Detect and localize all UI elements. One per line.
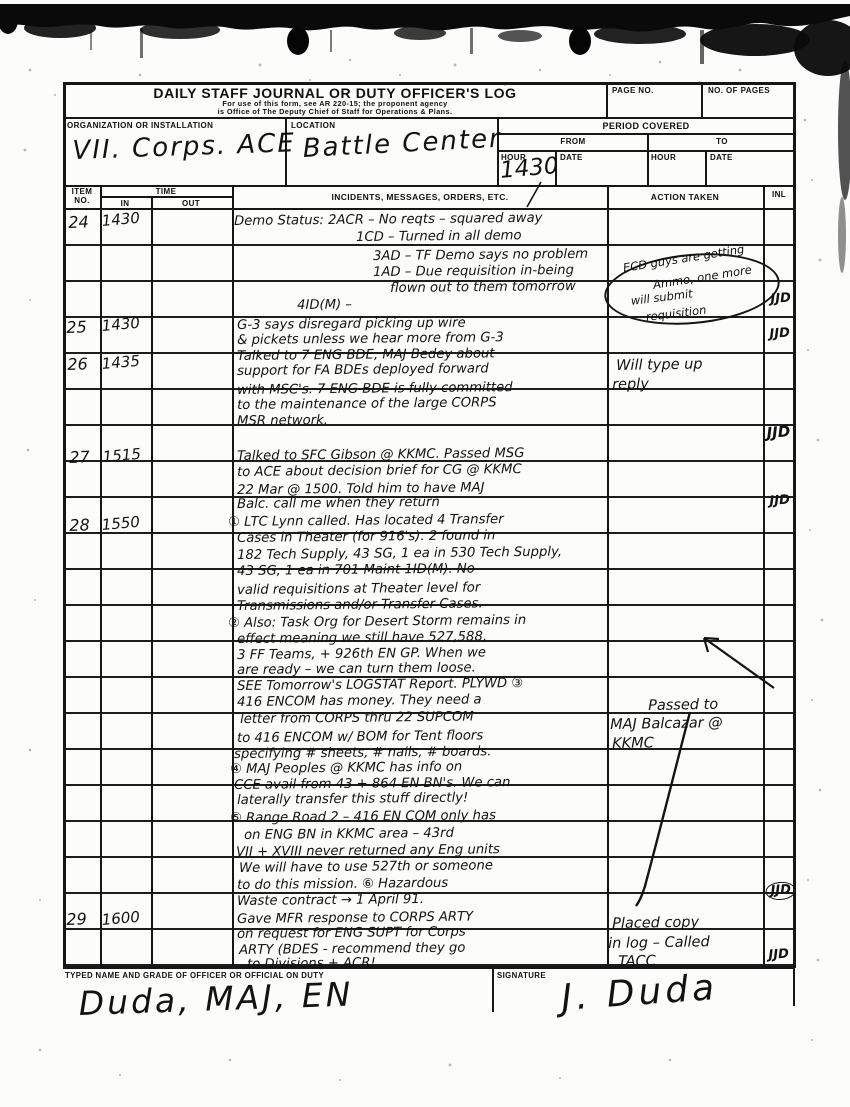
to-label: TO: [716, 137, 728, 146]
item-number: 25: [66, 317, 87, 337]
journal-line: on request for ENG SUPT for Corps: [237, 925, 466, 942]
item-number: 29: [66, 909, 87, 929]
action-line: TACC: [618, 953, 656, 970]
journal-line: to 416 ENCOM w/ BOM for Tent floors: [237, 728, 483, 746]
initials: JJD: [769, 326, 790, 342]
from-label: FROM: [560, 137, 585, 146]
col-out-label: OUT: [182, 199, 200, 208]
grid-line: [793, 968, 795, 1006]
grid-line: [497, 150, 795, 152]
date-label: DATE: [560, 153, 583, 162]
signature-value: J. Duda: [560, 967, 719, 1019]
action-line: in log – Called: [608, 934, 710, 952]
col-item-label: ITEM: [72, 187, 93, 196]
journal-line: 1AD – Due requisition in-being: [373, 263, 574, 280]
item-number: 28: [69, 515, 90, 535]
col-time-label: TIME: [156, 187, 177, 196]
journal-line: effect meaning we still have 527,588,: [237, 629, 487, 647]
action-line: KKMC: [612, 735, 654, 752]
journal-line: Talked to SFC Gibson @ KKMC. Passed MSG: [237, 446, 524, 464]
grid-line: [647, 133, 649, 187]
organization-label: ORGANIZATION OR INSTALLATION: [67, 121, 213, 130]
time-in: 1550: [101, 513, 141, 534]
grid-line: [606, 82, 608, 119]
grid-line: [232, 185, 234, 968]
hour-label: HOUR: [651, 153, 676, 162]
grid-line: [63, 117, 795, 119]
initials: JJD: [768, 947, 789, 963]
action-line: Will type up: [616, 356, 703, 374]
punch-hole: [287, 27, 309, 55]
journal-line: on ENG BN in KKMC area – 43rd: [244, 826, 454, 843]
time-in: 1515: [102, 445, 142, 466]
grid-line: [100, 185, 102, 968]
date-label: DATE: [710, 153, 733, 162]
time-in: 1430: [101, 314, 141, 335]
typed-name-value: Duda, MAJ, EN: [78, 974, 354, 1023]
grid-line: [151, 196, 153, 968]
journal-line: 1CD – Turned in all demo: [356, 228, 522, 245]
grid-line: [701, 82, 703, 119]
journal-line: letter from CORPS thru 22 SUPCOM: [240, 710, 474, 727]
action-line: MAJ Balcazar @: [610, 715, 723, 733]
grid-line: [63, 208, 795, 210]
initials: JJD: [770, 291, 791, 307]
time-in: 1600: [101, 908, 141, 929]
time-in: 1430: [101, 209, 141, 230]
action-line: reply: [612, 376, 649, 393]
journal-line: 4ID(M) –: [297, 297, 352, 313]
organization-value: VII. Corps. ACE: [72, 128, 296, 166]
journal-line: ④ MAJ Peoples @ KKMC has info on: [230, 760, 462, 777]
grid-line: [492, 968, 494, 1012]
col-in-label: IN: [121, 199, 130, 208]
initials: JJD: [766, 422, 791, 442]
journal-line: support for FA BDEs deployed forward: [237, 361, 489, 379]
journal-line: Waste contract → 1 April 91.: [237, 892, 424, 909]
grid-line: [793, 82, 796, 968]
journal-line: are ready – we can turn them loose.: [237, 661, 476, 678]
item-number: 24: [68, 212, 89, 232]
grid-line: [100, 196, 232, 198]
journal-line: Demo Status: 2ACR – No reqts – squared a…: [234, 211, 543, 229]
journal-line: 416 ENCOM has money. They need a: [237, 692, 482, 710]
journal-line: 43 SG, 1 ea in 701 Maint 1ID(M). No: [237, 562, 475, 579]
grid-line: [63, 82, 66, 968]
time-in: 1435: [101, 352, 141, 373]
action-line: Placed copy: [612, 914, 699, 932]
grid-line: [497, 133, 795, 135]
action-line: Passed to: [648, 697, 718, 714]
journal-line: to the maintenance of the large CORPS: [237, 395, 497, 413]
signature-label: SIGNATURE: [497, 971, 546, 980]
punch-hole: [569, 27, 591, 55]
journal-line: to Divisions + ACR!: [247, 956, 376, 972]
journal-line: valid requisitions at Theater level for: [237, 580, 480, 598]
journal-line: laterally transfer this stuff directly!: [237, 791, 468, 808]
item-number: 26: [67, 354, 88, 374]
journal-line: flown out to them tomorrow: [390, 279, 576, 296]
grid-line: [705, 150, 707, 187]
location-label: LOCATION: [291, 121, 335, 130]
scanned-form-page: DAILY STAFF JOURNAL OR DUTY OFFICER'S LO…: [0, 0, 850, 1107]
form-subtitle: is Office of The Deputy Chief of Staff f…: [218, 107, 453, 116]
journal-line: We will have to use 527th or someone: [239, 858, 493, 876]
journal-line: MSR network.: [237, 413, 328, 429]
journal-line: SEE Tomorrow's LOGSTAT Report. PLYWD ③: [237, 676, 523, 694]
page-no-label: PAGE NO.: [612, 86, 654, 95]
journal-line: Transmissions and/or Transfer Cases.: [237, 596, 483, 614]
col-item-label: NO.: [74, 196, 89, 205]
journal-line: Balc. call me when they return: [237, 495, 440, 512]
from-hour-value: 1430: [499, 153, 560, 184]
journal-line: Cases in Theater (for 916's). 2 found in: [237, 528, 495, 546]
scan-edge-band: [0, 4, 850, 32]
no-of-pages-label: NO. OF PAGES: [708, 86, 770, 95]
journal-line: to do this mission. ⑥ Hazardous: [237, 876, 448, 893]
grid-line: [63, 966, 795, 969]
journal-line: VII + XVIII never returned any Eng units: [236, 842, 500, 860]
journal-line: ① LTC Lynn called. Has located 4 Transfe…: [228, 512, 504, 530]
initials: JJD: [769, 493, 790, 509]
col-inl-label: INL: [772, 190, 786, 199]
journal-line: to ACE about decision brief for CG @ KKM…: [237, 462, 522, 480]
item-number: 27: [69, 447, 90, 467]
col-action-label: ACTION TAKEN: [651, 192, 719, 202]
period-covered-label: PERIOD COVERED: [602, 121, 689, 131]
journal-line: ⑤ Range Road 2 – 416 EN COM only has: [230, 808, 496, 826]
col-incidents-label: INCIDENTS, MESSAGES, ORDERS, ETC.: [331, 192, 508, 202]
journal-line: CCE avail from 43 + 864 EN BN's. We can: [234, 775, 511, 793]
journal-line: & pickets unless we hear more from G-3: [237, 330, 504, 348]
journal-line: 3AD – TF Demo says no problem: [373, 247, 588, 264]
journal-line: ② Also: Task Org for Desert Storm remain…: [228, 613, 526, 631]
